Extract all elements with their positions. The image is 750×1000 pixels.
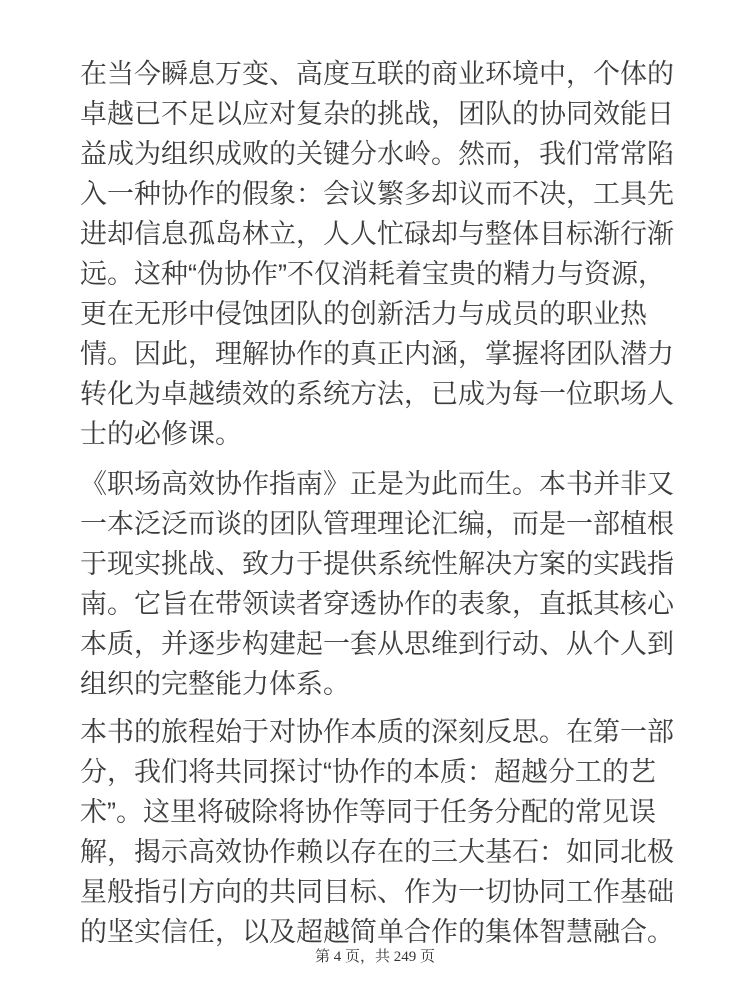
paragraph-book-purpose: 《职场高效协作指南》正是为此而生。本书并非又一本泛泛而谈的团队管理理论汇编，而是… [80, 464, 676, 704]
paragraph-intro-collaboration-challenge: 在当今瞬息万变、高度互联的商业环境中，个体的卓越已不足以应对复杂的挑战，团队的协… [80, 54, 676, 454]
page-number-footer: 第 4 页，共 249 页 [0, 946, 750, 968]
document-page: 在当今瞬息万变、高度互联的商业环境中，个体的卓越已不足以应对复杂的挑战，团队的协… [0, 0, 750, 1000]
paragraph-part-one-overview: 本书的旅程始于对协作本质的深刻反思。在第一部分，我们将共同探讨“协作的本质：超越… [80, 712, 676, 952]
